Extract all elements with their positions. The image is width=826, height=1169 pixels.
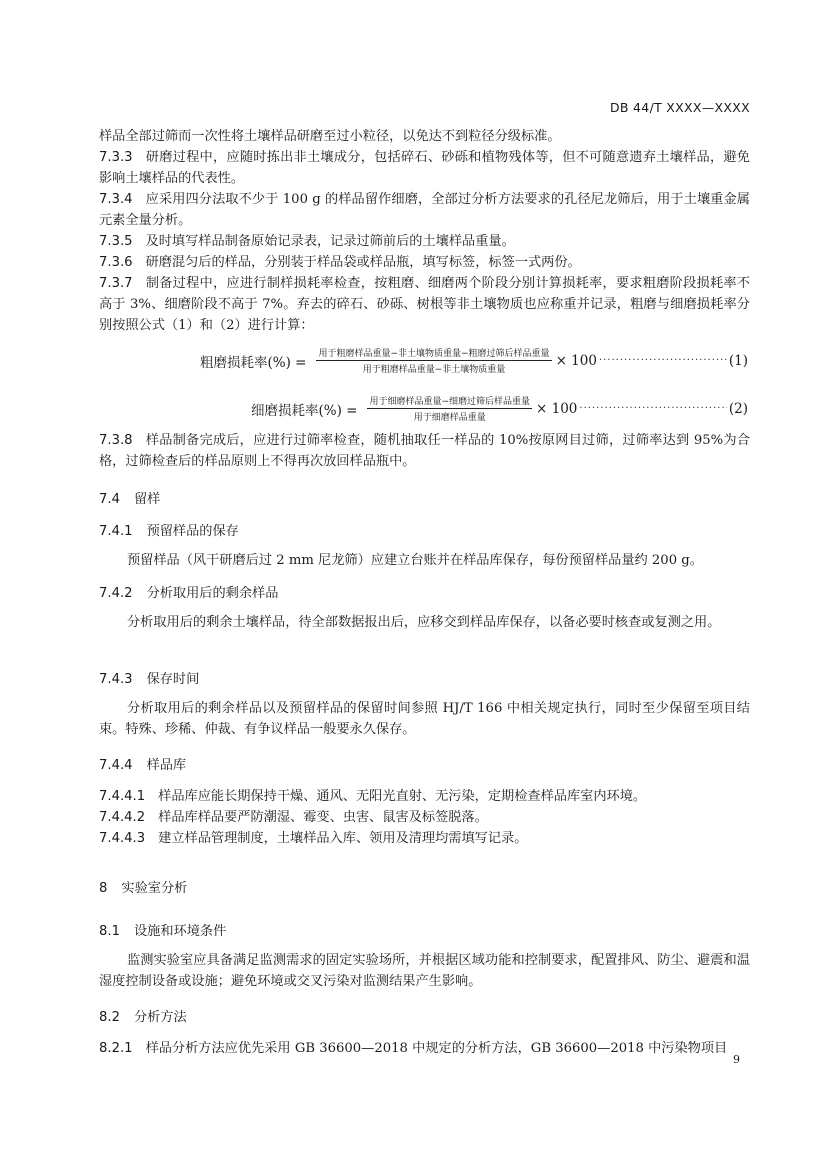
body-paragraph: 预留样品（风干研磨后过 2 mm 尼龙筛）应建立台账并在样品库保存，每份预留样品… bbox=[99, 550, 750, 571]
body-paragraph: 分析取用后的剩余土壤样品，待全部数据报出后，应移交到样品库保存，以备必要时核查或… bbox=[99, 612, 750, 633]
clause-8-2-1-block: 8.2.1样品分析方法应优先采用 GB 36600—2018 中规定的分析方法，… bbox=[99, 1038, 750, 1059]
formula-numerator: 用于细磨样品重量−细磨过筛后样品重量 bbox=[367, 394, 532, 409]
clause-number: 7.3.6 bbox=[99, 255, 133, 270]
section-8-2-heading: 8.2分析方法 bbox=[99, 1006, 187, 1025]
clauses-7-3: 样品全部过筛而一次性将土壤样品研磨至过小粒径，以免达不到粒径分级标准。 7.3.… bbox=[99, 126, 750, 336]
clause-7-3-3: 7.3.3研磨过程中，应随时拣出非土壤成分，包括碎石、砂砾和植物残体等，但不可随… bbox=[99, 147, 750, 189]
clause-7-4-4-1: 7.4.4.1样品库应能长期保持干燥、通风、无阳光直射、无污染，定期检查样品库室… bbox=[99, 786, 750, 807]
clause-8-2-1: 8.2.1样品分析方法应优先采用 GB 36600—2018 中规定的分析方法，… bbox=[99, 1038, 750, 1059]
clause-7-4-4-3: 7.4.4.3建立样品管理制度，土壤样品入库、领用及清理均需填写记录。 bbox=[99, 828, 750, 849]
formula-fraction: 用于细磨样品重量−细磨过筛后样品重量 用于细磨样品重量 bbox=[367, 394, 532, 423]
clause-text: 样品库样品要严防潮湿、霉变、虫害、鼠害及标签脱落。 bbox=[158, 810, 488, 825]
formula-1: 粗磨损耗率(%) = 用于粗磨样品重量−非土壤物质重量−粗磨过筛后样品重量 用于… bbox=[200, 346, 748, 375]
formula-2: 细磨损耗率(%) = 用于细磨样品重量−细磨过筛后样品重量 用于细磨样品重量 ×… bbox=[251, 394, 748, 423]
section-number: 8 bbox=[99, 881, 107, 896]
section-number: 7.4.4 bbox=[99, 758, 133, 773]
section-8-1-heading: 8.1设施和环境条件 bbox=[99, 920, 226, 939]
clause-text: 制备过程中，应进行制样损耗率检查，按粗磨、细磨两个阶段分别计算损耗率，要求粗磨阶… bbox=[99, 276, 750, 333]
clause-7-3-7: 7.3.7制备过程中，应进行制样损耗率检查，按粗磨、细磨两个阶段分别计算损耗率，… bbox=[99, 273, 750, 336]
formula-numerator: 用于粗磨样品重量−非土壤物质重量−粗磨过筛后样品重量 bbox=[316, 346, 551, 361]
clause-text: 样品库应能长期保持干燥、通风、无阳光直射、无污染，定期检查样品库室内环境。 bbox=[158, 789, 646, 804]
section-number: 7.4 bbox=[99, 492, 120, 507]
clause-7-4-4-2: 7.4.4.2样品库样品要严防潮湿、霉变、虫害、鼠害及标签脱落。 bbox=[99, 807, 750, 828]
chapter-8-heading: 8实验室分析 bbox=[99, 877, 187, 896]
section-number: 7.4.1 bbox=[99, 524, 133, 539]
section-7-4-3-body: 分析取用后的剩余样品以及预留样品的保留时间参照 HJ/T 166 中相关规定执行… bbox=[99, 698, 750, 740]
formula-denominator: 用于粗磨样品重量−非土壤物质重量 bbox=[363, 361, 506, 375]
clause-number: 7.3.3 bbox=[99, 150, 133, 165]
formula-multiplier: × 100 bbox=[536, 401, 577, 417]
section-title: 留样 bbox=[134, 492, 160, 507]
section-title: 保存时间 bbox=[147, 672, 200, 687]
clause-text: 建立样品管理制度，土壤样品入库、领用及清理均需填写记录。 bbox=[158, 831, 527, 846]
formula-label: (1) bbox=[729, 353, 748, 369]
formula-lhs: 粗磨损耗率(%) = bbox=[200, 351, 306, 371]
formula-multiplier: × 100 bbox=[556, 353, 597, 369]
clause-number: 7.4.4.3 bbox=[99, 831, 145, 846]
document-id-header: DB 44/T XXXX—XXXX bbox=[610, 100, 750, 115]
clause-number: 8.2.1 bbox=[99, 1041, 133, 1056]
clause-text: 样品制备完成后，应进行过筛率检查，随机抽取任一样品的 10%按原网目过筛，过筛率… bbox=[99, 433, 750, 469]
section-7-4-3-heading: 7.4.3保存时间 bbox=[99, 668, 199, 687]
section-8-1-body: 监测实验室应具备满足监测需求的固定实验场所，并根据区域功能和控制要求，配置排风、… bbox=[99, 950, 750, 992]
section-title: 样品库 bbox=[147, 758, 187, 773]
clause-number: 7.3.8 bbox=[99, 433, 133, 448]
clause-number: 7.3.5 bbox=[99, 234, 133, 249]
body-paragraph: 监测实验室应具备满足监测需求的固定实验场所，并根据区域功能和控制要求，配置排风、… bbox=[99, 950, 750, 992]
section-7-4-4-heading: 7.4.4样品库 bbox=[99, 754, 186, 773]
section-7-4-1-heading: 7.4.1预留样品的保存 bbox=[99, 520, 239, 539]
section-number: 8.1 bbox=[99, 924, 120, 939]
document-page: DB 44/T XXXX—XXXX 样品全部过筛而一次性将土壤样品研磨至过小粒径… bbox=[0, 0, 826, 1169]
section-7-4-1-body: 预留样品（风干研磨后过 2 mm 尼龙筛）应建立台账并在样品库保存，每份预留样品… bbox=[99, 550, 750, 571]
clause-text: 样品分析方法应优先采用 GB 36600—2018 中规定的分析方法，GB 36… bbox=[146, 1041, 728, 1056]
clause-text: 研磨过程中，应随时拣出非土壤成分，包括碎石、砂砾和植物残体等，但不可随意遗弃土壤… bbox=[99, 150, 750, 186]
clause-7-3-8-block: 7.3.8样品制备完成后，应进行过筛率检查，随机抽取任一样品的 10%按原网目过… bbox=[99, 430, 750, 472]
formula-lhs: 细磨损耗率(%) = bbox=[251, 399, 357, 419]
clause-number: 7.3.4 bbox=[99, 192, 133, 207]
section-7-4-4-items: 7.4.4.1样品库应能长期保持干燥、通风、无阳光直射、无污染，定期检查样品库室… bbox=[99, 786, 750, 849]
section-7-4-2-body: 分析取用后的剩余土壤样品，待全部数据报出后，应移交到样品库保存，以备必要时核查或… bbox=[99, 612, 750, 633]
clause-number: 7.3.7 bbox=[99, 276, 133, 291]
clause-text: 应采用四分法取不少于 100 g 的样品留作细磨，全部过分析方法要求的孔径尼龙筛… bbox=[99, 192, 750, 228]
clause-number: 7.4.4.1 bbox=[99, 789, 145, 804]
clause-7-3-8: 7.3.8样品制备完成后，应进行过筛率检查，随机抽取任一样品的 10%按原网目过… bbox=[99, 430, 750, 472]
clause-7-3-4: 7.3.4应采用四分法取不少于 100 g 的样品留作细磨，全部过分析方法要求的… bbox=[99, 189, 750, 231]
section-number: 7.4.2 bbox=[99, 586, 133, 601]
section-number: 8.2 bbox=[99, 1010, 120, 1025]
body-paragraph: 分析取用后的剩余样品以及预留样品的保留时间参照 HJ/T 166 中相关规定执行… bbox=[99, 698, 750, 740]
leader-dots: ········································… bbox=[579, 403, 726, 414]
clause-text: 研磨混匀后的样品，分别装于样品袋或样品瓶，填写标签，标签一式两份。 bbox=[146, 255, 581, 270]
section-7-4-heading: 7.4留样 bbox=[99, 488, 160, 507]
leader-dots: ········································… bbox=[599, 355, 727, 366]
section-title: 分析方法 bbox=[134, 1010, 187, 1025]
section-7-4-2-heading: 7.4.2分析取用后的剩余样品 bbox=[99, 582, 278, 601]
section-title: 实验室分析 bbox=[121, 881, 187, 896]
page-number: 9 bbox=[733, 1053, 740, 1066]
clause-number: 7.4.4.2 bbox=[99, 810, 145, 825]
formula-fraction: 用于粗磨样品重量−非土壤物质重量−粗磨过筛后样品重量 用于粗磨样品重量−非土壤物… bbox=[316, 346, 551, 375]
formula-label: (2) bbox=[729, 401, 748, 417]
section-title: 分析取用后的剩余样品 bbox=[147, 586, 279, 601]
section-title: 设施和环境条件 bbox=[134, 924, 226, 939]
section-number: 7.4.3 bbox=[99, 672, 133, 687]
formula-denominator: 用于细磨样品重量 bbox=[414, 409, 486, 423]
clause-text: 及时填写样品制备原始记录表，记录过筛前后的土壤样品重量。 bbox=[146, 234, 515, 249]
clause-7-3-6: 7.3.6研磨混匀后的样品，分别装于样品袋或样品瓶，填写标签，标签一式两份。 bbox=[99, 252, 750, 273]
section-title: 预留样品的保存 bbox=[147, 524, 239, 539]
continuation-paragraph: 样品全部过筛而一次性将土壤样品研磨至过小粒径，以免达不到粒径分级标准。 bbox=[99, 126, 750, 147]
clause-7-3-5: 7.3.5及时填写样品制备原始记录表，记录过筛前后的土壤样品重量。 bbox=[99, 231, 750, 252]
